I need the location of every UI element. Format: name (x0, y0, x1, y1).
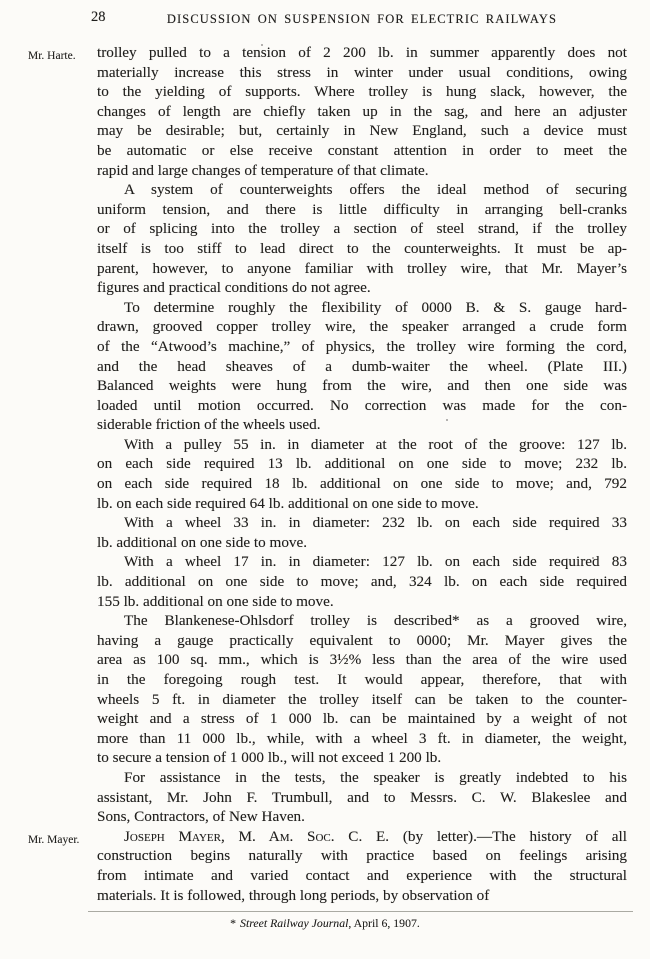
text-line: trolley pulled to a tension of 2 200 lb.… (97, 43, 627, 63)
text-line: parent, however, to anyone familiar with… (97, 259, 627, 279)
text-line: in the foregoing rough test. It would ap… (97, 670, 627, 690)
text-line: Balanced weights were hung from the wire… (97, 376, 627, 396)
text-line: Sons, Contractors, of New Haven. (97, 807, 627, 827)
text-line: and the head sheaves of a dumb-waiter th… (97, 357, 627, 377)
text-line: lb. on each side required 64 lb. additio… (97, 494, 627, 514)
text-line: to secure a tension of 1 000 lb., will n… (97, 748, 627, 768)
footnote-journal-title: Street Railway Journal (240, 916, 348, 930)
scan-speck (446, 419, 448, 421)
text-line: A system of counterweights offers the id… (97, 180, 627, 200)
text-line: to the yielding of supports. Where troll… (97, 82, 627, 102)
text-line: figures and practical conditions do not … (97, 278, 627, 298)
text-line: siderable friction of the wheels used. (97, 415, 627, 435)
text-line: weight and a stress of 1 000 lb. can be … (97, 709, 627, 729)
text-line: changes of length are chiefly taken up i… (97, 102, 627, 122)
text-line: materially increase this stress in winte… (97, 63, 627, 83)
text-line: area as 100 sq. mm., which is 3½% less t… (97, 650, 627, 670)
text-line: Joseph Mayer, M. Am. Soc. C. E. (by lett… (97, 827, 627, 847)
text-line: drawn, grooved copper trolley wire, the … (97, 317, 627, 337)
text-line: more than 11 000 lb., while, with a whee… (97, 729, 627, 749)
text-line: lb. additional on one side to move; and,… (97, 572, 627, 592)
text-line: may be desirable; but, certainly in New … (97, 121, 627, 141)
paragraph: For assistance in the tests, the speaker… (97, 768, 627, 827)
text-line: With a pulley 55 in. in diameter at the … (97, 435, 627, 455)
text-line: rapid and large changes of temperature o… (97, 161, 627, 181)
margin-speaker-note: Mr. Harte. (28, 47, 76, 67)
text-line: construction begins naturally with pract… (97, 846, 627, 866)
text-line: lb. additional on one side to move. (97, 533, 627, 553)
footnote-marker: * (230, 916, 236, 930)
footnote: *Street Railway Journal, April 6, 1907. (0, 916, 650, 931)
text-line: With a wheel 33 in. in diameter: 232 lb.… (97, 513, 627, 533)
text-line: For assistance in the tests, the speaker… (97, 768, 627, 788)
text-line: wheels 5 ft. in diameter the trolley its… (97, 690, 627, 710)
paragraph: With a wheel 33 in. in diameter: 232 lb.… (97, 513, 627, 552)
text-line: itself is too stiff to lead direct to th… (97, 239, 627, 259)
text-line: be automatic or else receive constant at… (97, 141, 627, 161)
text-line: on each side required 18 lb. additional … (97, 474, 627, 494)
paragraph: A system of counterweights offers the id… (97, 180, 627, 298)
text-line: of the “Atwood’s machine,” of physics, t… (97, 337, 627, 357)
text-line: or of splicing into the trolley a sectio… (97, 219, 627, 239)
text-segment: (by letter).—The history of all (389, 828, 627, 845)
margin-speaker-note: Mr. Mayer. (28, 831, 79, 851)
footnote-date: , April 6, 1907. (348, 916, 419, 930)
paragraph: The Blankenese-Ohlsdorf trolley is descr… (97, 611, 627, 768)
paragraph: Mr. Harte.trolley pulled to a tension of… (97, 43, 627, 180)
text-line: uniform tension, and there is little dif… (97, 200, 627, 220)
scan-speck (261, 44, 263, 46)
text-line: assistant, Mr. John F. Trumbull, and to … (97, 788, 627, 808)
running-head-title: DISCUSSION ON SUSPENSION FOR ELECTRIC RA… (97, 12, 627, 27)
text-line: With a wheel 17 in. in diameter: 127 lb.… (97, 552, 627, 572)
text-line: on each side required 13 lb. additional … (97, 454, 627, 474)
paragraph: With a pulley 55 in. in diameter at the … (97, 435, 627, 513)
footnote-rule (88, 911, 633, 912)
text-line: from intimate and varied contact and exp… (97, 866, 627, 886)
text-line: materials. It is followed, through long … (97, 886, 627, 906)
text-line: 155 lb. additional on one side to move. (97, 592, 627, 612)
book-page: 28 DISCUSSION ON SUSPENSION FOR ELECTRIC… (0, 0, 650, 959)
speaker-name-smallcaps: Joseph Mayer, M. Am. Soc. C. E. (124, 828, 389, 845)
paragraph: Mr. Mayer.Joseph Mayer, M. Am. Soc. C. E… (97, 827, 627, 905)
text-line: The Blankenese-Ohlsdorf trolley is descr… (97, 611, 627, 631)
text-body: Mr. Harte.trolley pulled to a tension of… (97, 43, 627, 905)
text-line: To determine roughly the flexibility of … (97, 298, 627, 318)
paragraph: To determine roughly the flexibility of … (97, 298, 627, 435)
text-line: loaded until motion occurred. No correct… (97, 396, 627, 416)
text-line: having a gauge practically equivalent to… (97, 631, 627, 651)
paragraph: With a wheel 17 in. in diameter: 127 lb.… (97, 552, 627, 611)
scan-speck (592, 557, 594, 559)
